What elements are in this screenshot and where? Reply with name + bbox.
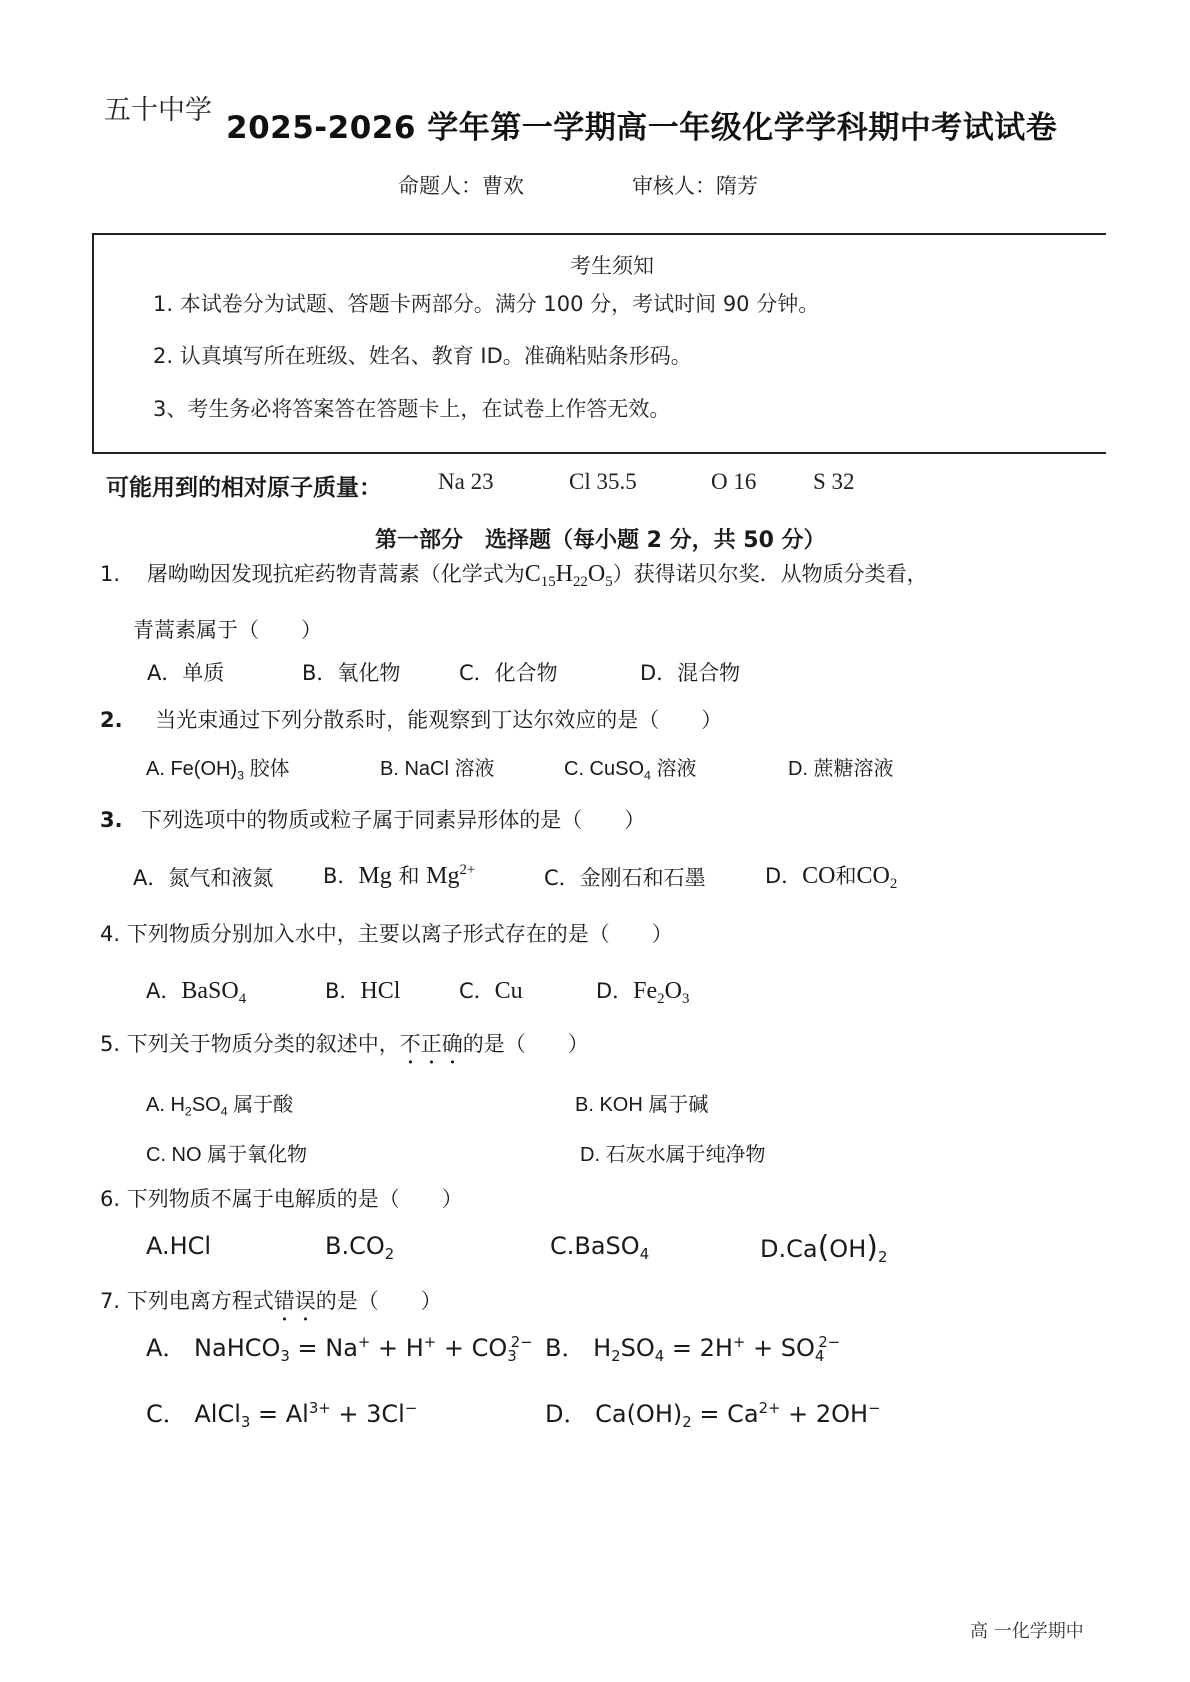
q4-option-a[interactable]: A．BaSO4: [146, 975, 246, 1005]
q2-option-a[interactable]: A. Fe(OH)3 胶体: [146, 752, 290, 781]
question-3: 3. 下列选项中的物质或粒子属于同素异形体的是（ ）: [100, 804, 645, 834]
q6-option-c[interactable]: C.BaSO4: [550, 1232, 649, 1260]
q4-option-d[interactable]: D．Fe2O3: [596, 975, 689, 1005]
q2-option-c[interactable]: C. CuSO4 溶液: [564, 752, 697, 781]
q3-option-b[interactable]: B．Mg 和 Mg2+: [323, 860, 475, 890]
question-7: 7. 下列电离方程式错误的是（ ）: [100, 1285, 442, 1326]
atomic-mass-cl: Cl 35.5: [569, 469, 637, 495]
question-1-line2: 青蒿素属于（ ）: [133, 614, 322, 644]
exam-title: 2025-2026 学年第一学期高一年级化学学科期中考试试卷: [226, 102, 1057, 147]
q1-option-c[interactable]: C．化合物: [459, 657, 558, 687]
question-number: 4.: [100, 922, 120, 946]
question-number: 2.: [100, 708, 123, 732]
q6-option-a[interactable]: A.HCl: [146, 1232, 211, 1260]
question-stem: 屠呦呦因发现抗疟药物青蒿素（化学式为: [147, 562, 525, 586]
q6-option-b[interactable]: B.CO2: [325, 1232, 394, 1260]
q7-option-b[interactable]: B． H2SO4 = 2H+ + SO42−: [545, 1328, 840, 1363]
q3-option-c[interactable]: C．金刚石和石墨: [544, 862, 706, 892]
question-stem: 当光束通过下列分散系时，能观察到丁达尔效应的是（ ）: [155, 708, 722, 732]
emphasis-text: 不正确: [400, 1032, 463, 1056]
notice-item-1: 1. 本试卷分为试题、答题卡两部分。满分 100 分，考试时间 90 分钟。: [153, 288, 819, 318]
q2-option-d[interactable]: D. 蔗糖溶液: [788, 752, 894, 781]
q5-option-c[interactable]: C. NO 属于氧化物: [146, 1138, 307, 1167]
question-number: 1.: [100, 562, 120, 586]
atomic-masses-label: 可能用到的相对原子质量：: [106, 469, 382, 502]
section-title: 第一部分 选择题（每小题 2 分，共 50 分）: [375, 523, 826, 554]
notice-title: 考生须知: [570, 250, 654, 280]
q7-option-c[interactable]: C． AlCl3 = Al3+ + 3Cl−: [146, 1394, 417, 1429]
question-stem: 下列物质不属于电解质的是（ ）: [127, 1187, 463, 1211]
question-stem: 下列电离方程式: [127, 1289, 274, 1313]
question-4: 4. 下列物质分别加入水中，主要以离子形式存在的是（ ）: [100, 918, 673, 948]
question-stem: 下列关于物质分类的叙述中，: [127, 1032, 400, 1056]
author-label: 命题人：曹欢: [398, 170, 524, 200]
question-stem-cont: 的是（ ）: [463, 1032, 589, 1056]
question-stem-cont: 的是（ ）: [316, 1289, 442, 1313]
chemical-formula: C15H22O5: [525, 561, 613, 587]
q2-option-b[interactable]: B. NaCl 溶液: [380, 752, 494, 781]
q7-option-d[interactable]: D． Ca(OH)2 = Ca2+ + 2OH−: [545, 1394, 881, 1429]
question-number: 5.: [100, 1032, 120, 1056]
q5-option-a[interactable]: A. H2SO4 属于酸: [146, 1088, 293, 1117]
question-number: 6.: [100, 1187, 120, 1211]
q1-option-a[interactable]: A．单质: [147, 657, 224, 687]
q5-option-d[interactable]: D. 石灰水属于纯净物: [580, 1138, 766, 1167]
q7-option-a[interactable]: A． NaHCO3 = Na+ + H+ + CO32−: [146, 1328, 533, 1363]
question-stem: 下列选项中的物质或粒子属于同素异形体的是（ ）: [141, 808, 645, 832]
q1-option-b[interactable]: B．氧化物: [302, 657, 400, 687]
atomic-mass-s: S 32: [813, 469, 855, 495]
atomic-mass-na: Na 23: [438, 469, 494, 495]
atomic-mass-o: O 16: [711, 469, 756, 495]
question-1: 1. 屠呦呦因发现抗疟药物青蒿素（化学式为C15H22O5）获得诺贝尔奖．从物质…: [100, 558, 928, 588]
q4-option-b[interactable]: B．HCl: [325, 975, 400, 1005]
q1-option-d[interactable]: D．混合物: [640, 657, 740, 687]
question-6: 6. 下列物质不属于电解质的是（ ）: [100, 1183, 463, 1213]
q4-option-c[interactable]: C．Cu: [459, 975, 523, 1005]
question-number: 7.: [100, 1289, 120, 1313]
emphasis-text: 错误: [274, 1289, 316, 1313]
question-2: 2. 当光束通过下列分散系时，能观察到丁达尔效应的是（ ）: [100, 704, 722, 734]
page-footer: 高 一化学期中: [970, 1617, 1084, 1643]
q3-option-a[interactable]: A．氮气和液氮: [133, 862, 273, 892]
question-stem: 下列物质分别加入水中，主要以离子形式存在的是（ ）: [127, 922, 673, 946]
q6-option-d[interactable]: D.Ca(OH)2: [760, 1230, 887, 1265]
question-number: 3.: [100, 808, 123, 832]
reviewer-label: 审核人：隋芳: [632, 170, 758, 200]
notice-item-2: 2. 认真填写所在班级、姓名、教育 ID。准确粘贴条形码。: [153, 340, 692, 370]
q3-option-d[interactable]: D．CO和CO2: [765, 860, 897, 890]
question-5: 5. 下列关于物质分类的叙述中，不正确的是（ ）: [100, 1028, 589, 1069]
q5-option-b[interactable]: B. KOH 属于碱: [575, 1088, 708, 1117]
notice-item-3: 3、考生务必将答案答在答题卡上，在试卷上作答无效。: [153, 393, 670, 423]
school-name: 五十中学: [104, 88, 212, 127]
question-stem-cont: ）获得诺贝尔奖．从物质分类看，: [613, 562, 928, 586]
